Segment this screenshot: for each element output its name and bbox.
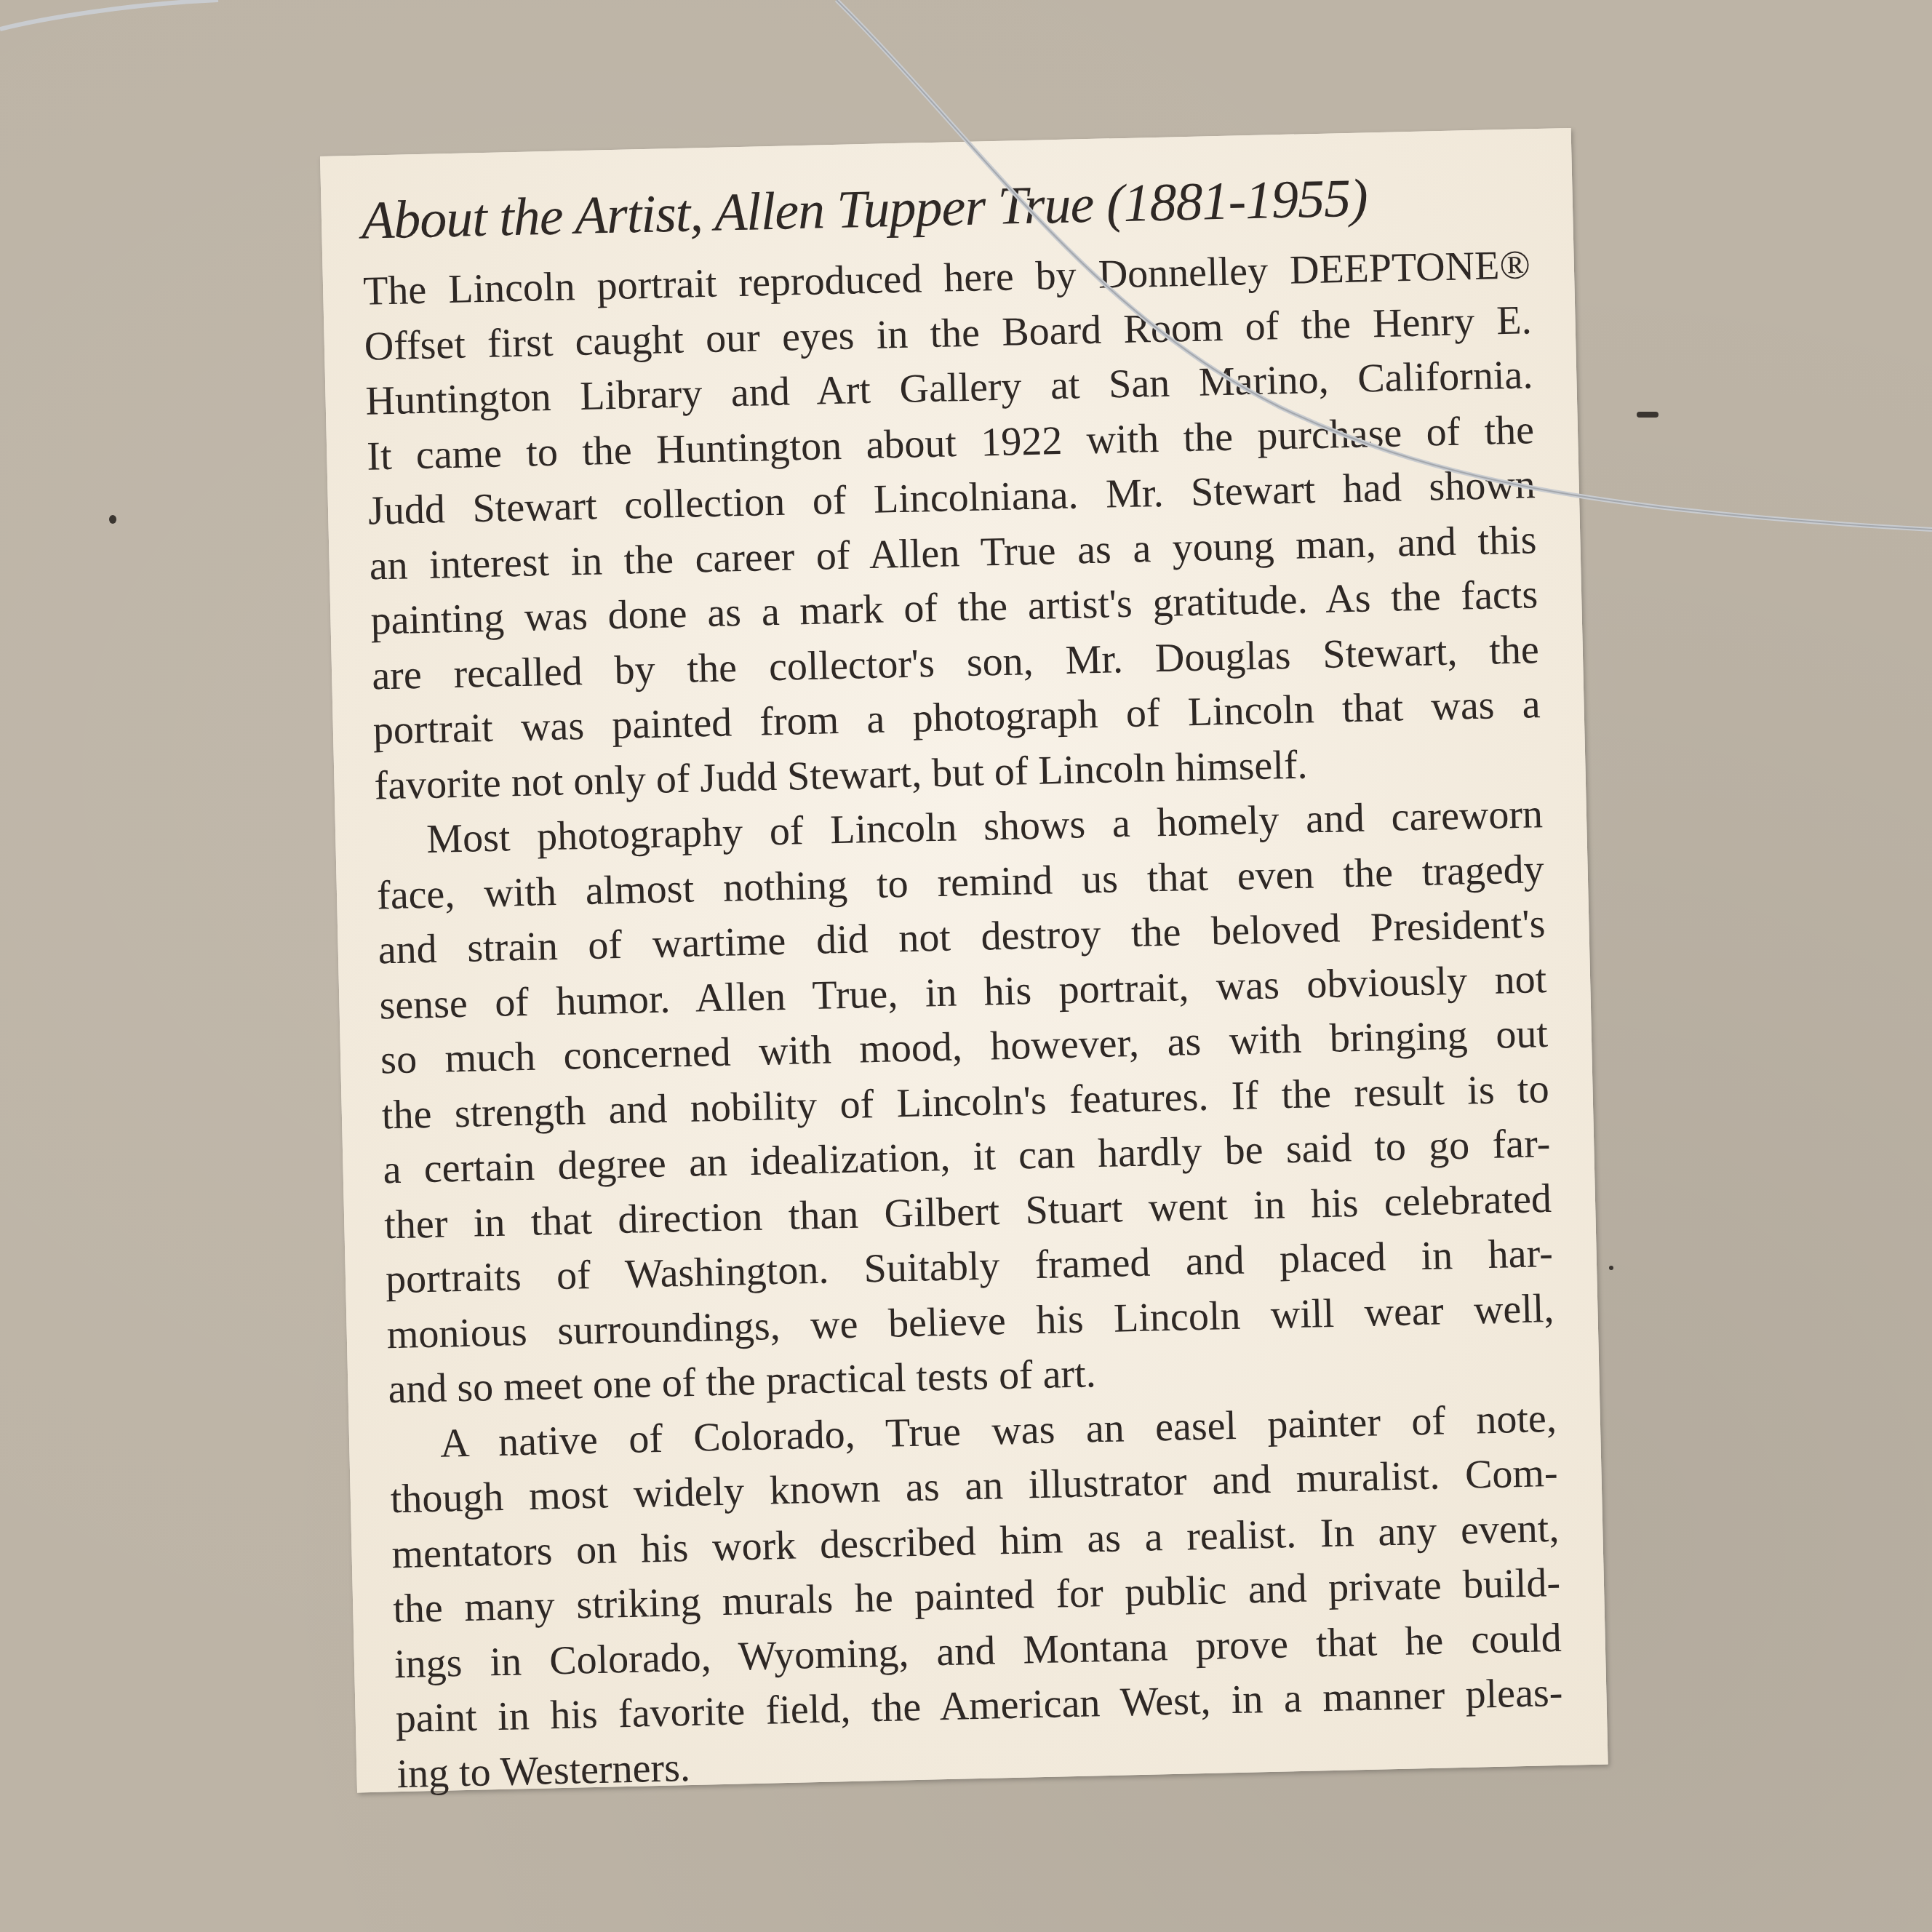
- paragraph-3: A native of Colorado, True was an easel …: [388, 1391, 1565, 1802]
- paragraph-2: Most photography of Lincoln shows a home…: [375, 787, 1556, 1418]
- artist-info-card: About the Artist, Allen Tupper True (188…: [320, 128, 1608, 1792]
- artist-dates: (1881-1955): [1106, 168, 1368, 233]
- speck: [1637, 412, 1658, 418]
- speck: [109, 515, 116, 524]
- paragraph-1: The Lincoln portrait reproduced here by …: [362, 238, 1542, 813]
- title-text: About the Artist, Allen Tupper True: [361, 175, 1094, 251]
- speck: [1609, 1266, 1613, 1270]
